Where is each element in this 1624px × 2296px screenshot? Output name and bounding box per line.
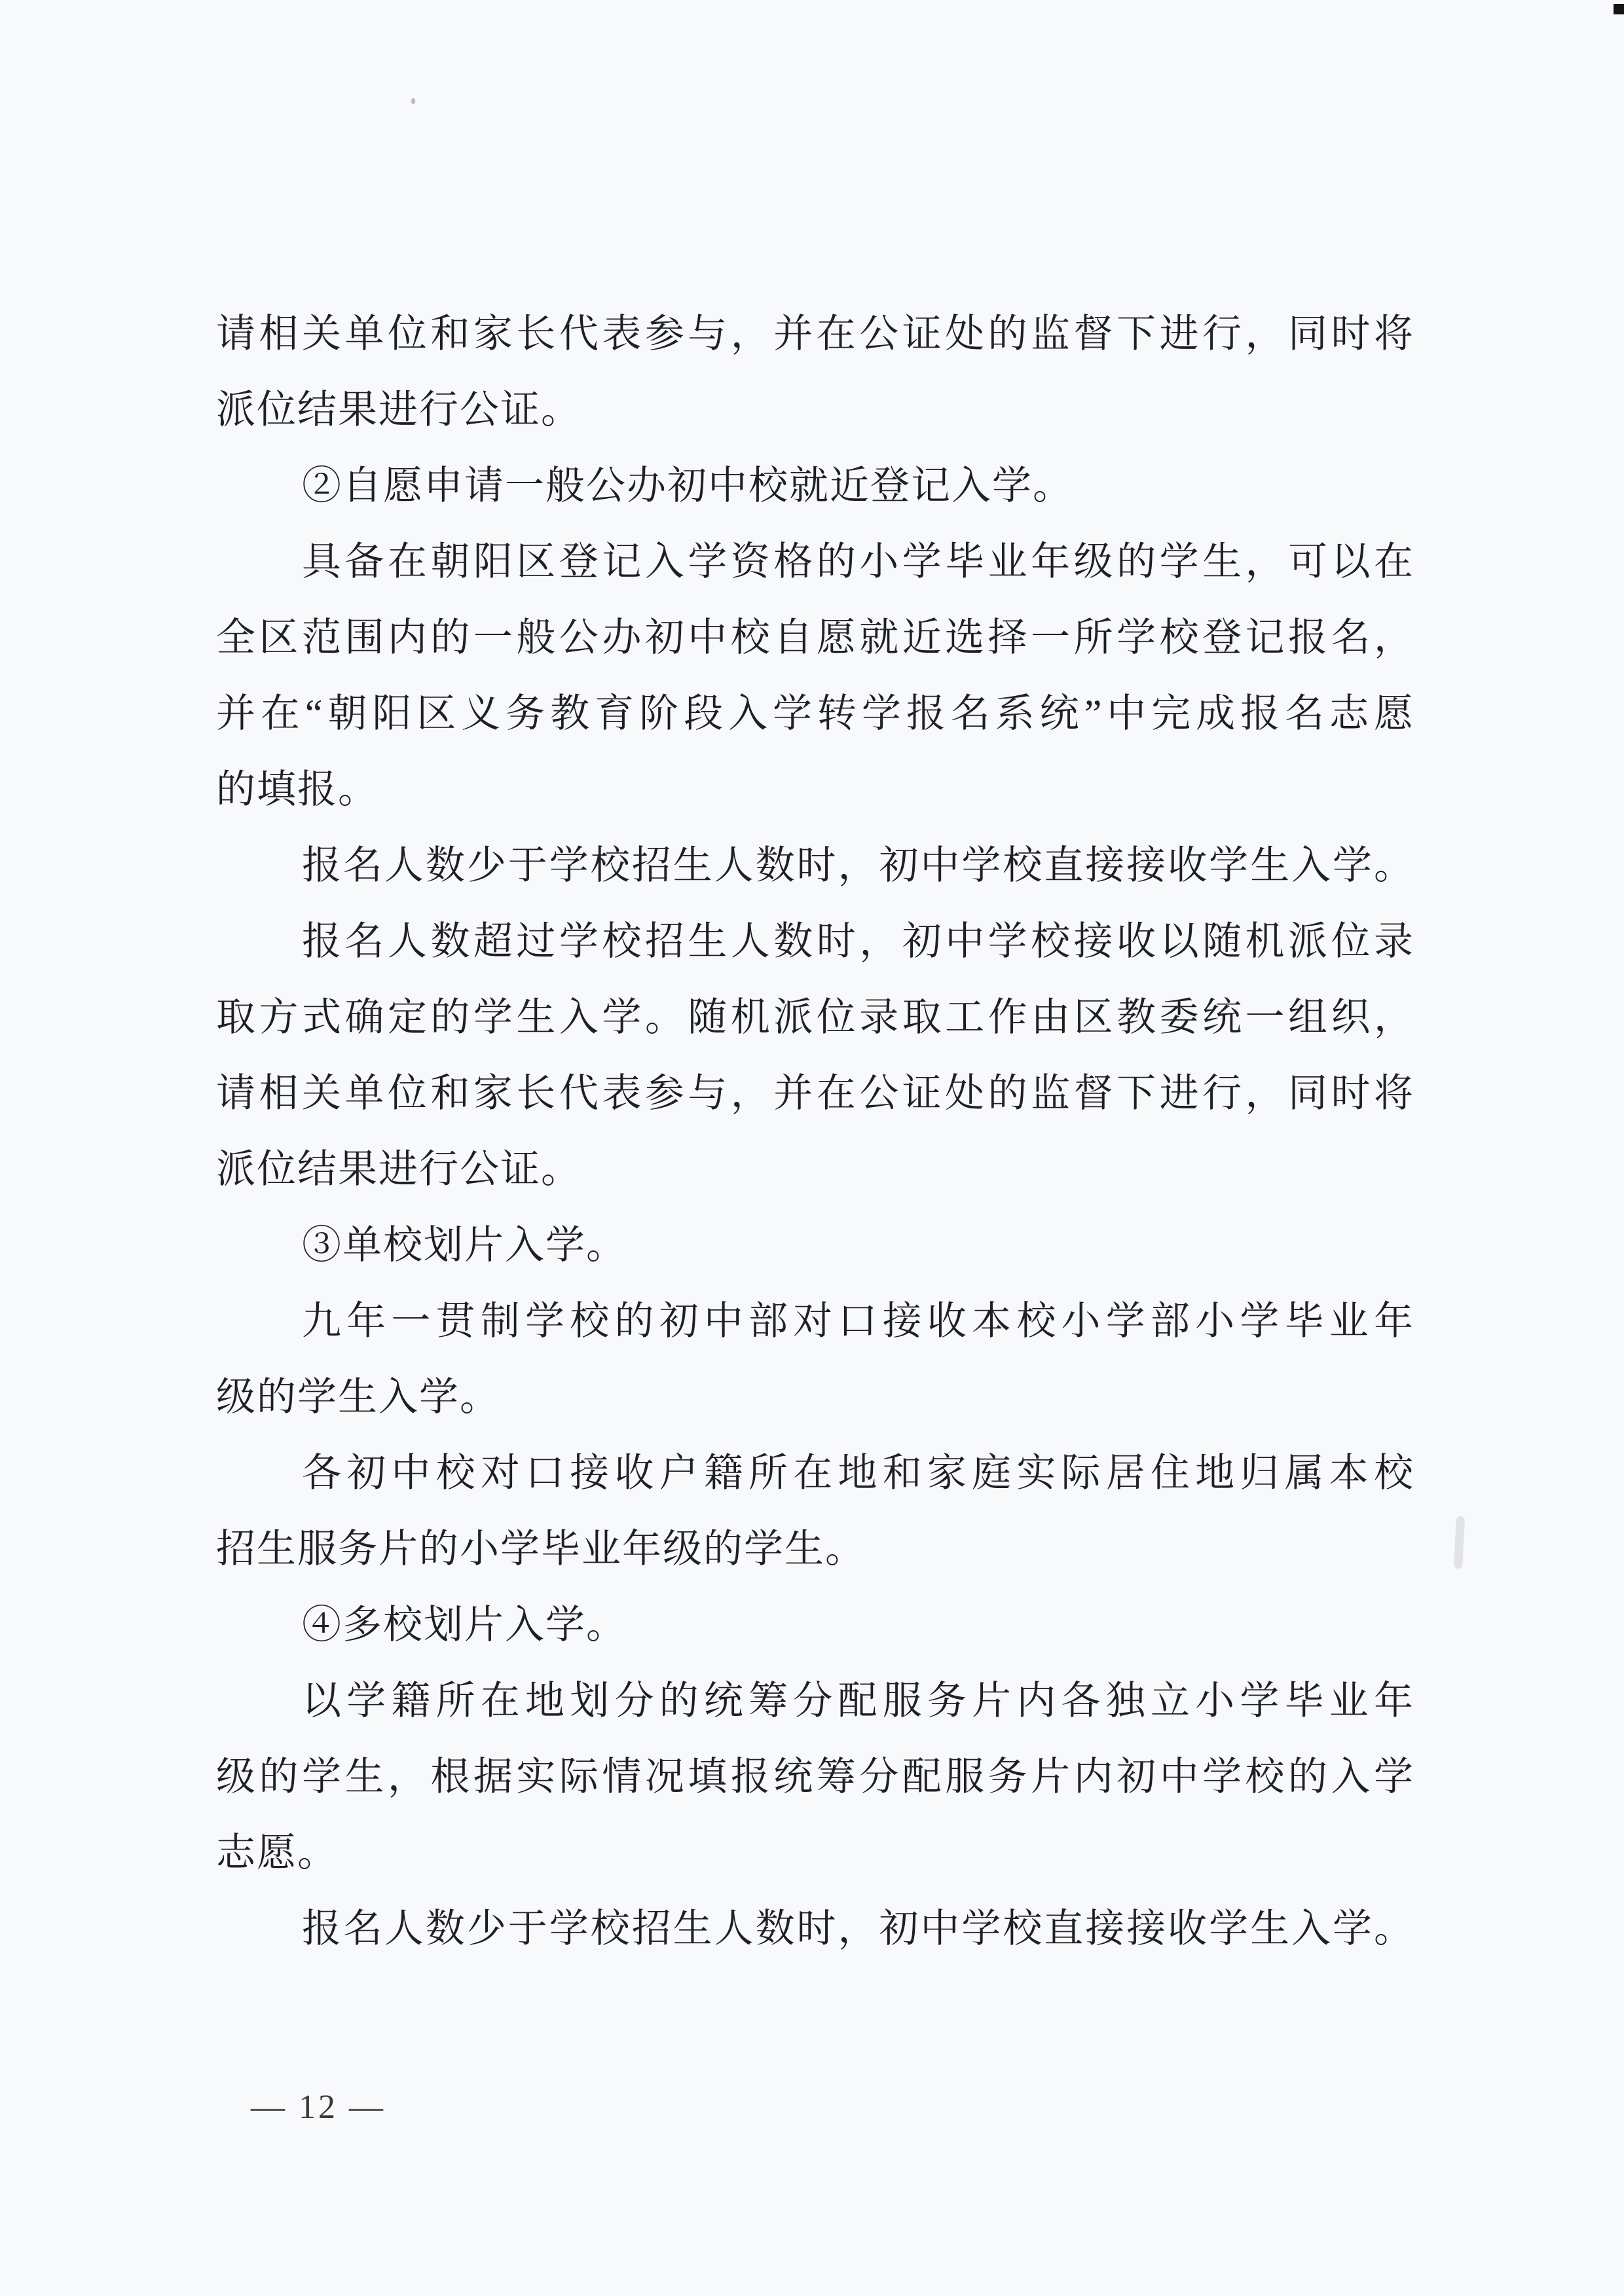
scan-corner-mark [1614, 4, 1624, 14]
text-line: 全区范围内的一般公办初中校自愿就近选择一所学校登记报名， [216, 600, 1414, 676]
text-line: 报名人数超过学校招生人数时，初中学校接收以随机派位录 [216, 903, 1414, 979]
text-line: 的填报。 [216, 752, 1414, 828]
text-line: 招生服务片的小学毕业年级的学生。 [216, 1511, 1414, 1587]
text-line: 派位结果进行公证。 [216, 372, 1414, 448]
text-line: 报名人数少于学校招生人数时，初中学校直接接收学生入学。 [216, 828, 1414, 903]
text-line: 取方式确定的学生入学。随机派位录取工作由区教委统一组织， [216, 979, 1414, 1055]
text-line: 请相关单位和家长代表参与，并在公证处的监督下进行，同时将 [216, 1055, 1414, 1131]
text-line: 具备在朝阳区登记入学资格的小学毕业年级的学生，可以在 [216, 524, 1414, 600]
text-line-item-3: ③单校划片入学。 [216, 1207, 1414, 1283]
scan-speck [411, 98, 415, 104]
text-line: 并在“朝阳区义务教育阶段入学转学报名系统”中完成报名志愿 [216, 676, 1414, 752]
text-line: 级的学生入学。 [216, 1359, 1414, 1435]
document-page: 请相关单位和家长代表参与，并在公证处的监督下进行，同时将 派位结果进行公证。 ②… [0, 0, 1624, 2296]
text-line: 九年一贯制学校的初中部对口接收本校小学部小学毕业年 [216, 1283, 1414, 1359]
text-line: 报名人数少于学校招生人数时，初中学校直接接收学生入学。 [216, 1891, 1414, 1967]
scan-smudge [1454, 1516, 1465, 1569]
text-line: 请相关单位和家长代表参与，并在公证处的监督下进行，同时将 [216, 296, 1414, 372]
text-line-item-4: ④多校划片入学。 [216, 1587, 1414, 1663]
text-line: 派位结果进行公证。 [216, 1131, 1414, 1207]
page-number: — 12 — [251, 2081, 386, 2134]
text-line: 级的学生，根据实际情况填报统筹分配服务片内初中学校的入学 [216, 1739, 1414, 1815]
text-line: 志愿。 [216, 1815, 1414, 1891]
text-line: 各初中校对口接收户籍所在地和家庭实际居住地归属本校 [216, 1435, 1414, 1511]
text-line-item-2: ②自愿申请一般公办初中校就近登记入学。 [216, 448, 1414, 524]
text-line: 以学籍所在地划分的统筹分配服务片内各独立小学毕业年 [216, 1663, 1414, 1739]
body-text-block: 请相关单位和家长代表参与，并在公证处的监督下进行，同时将 派位结果进行公证。 ②… [216, 296, 1414, 1967]
